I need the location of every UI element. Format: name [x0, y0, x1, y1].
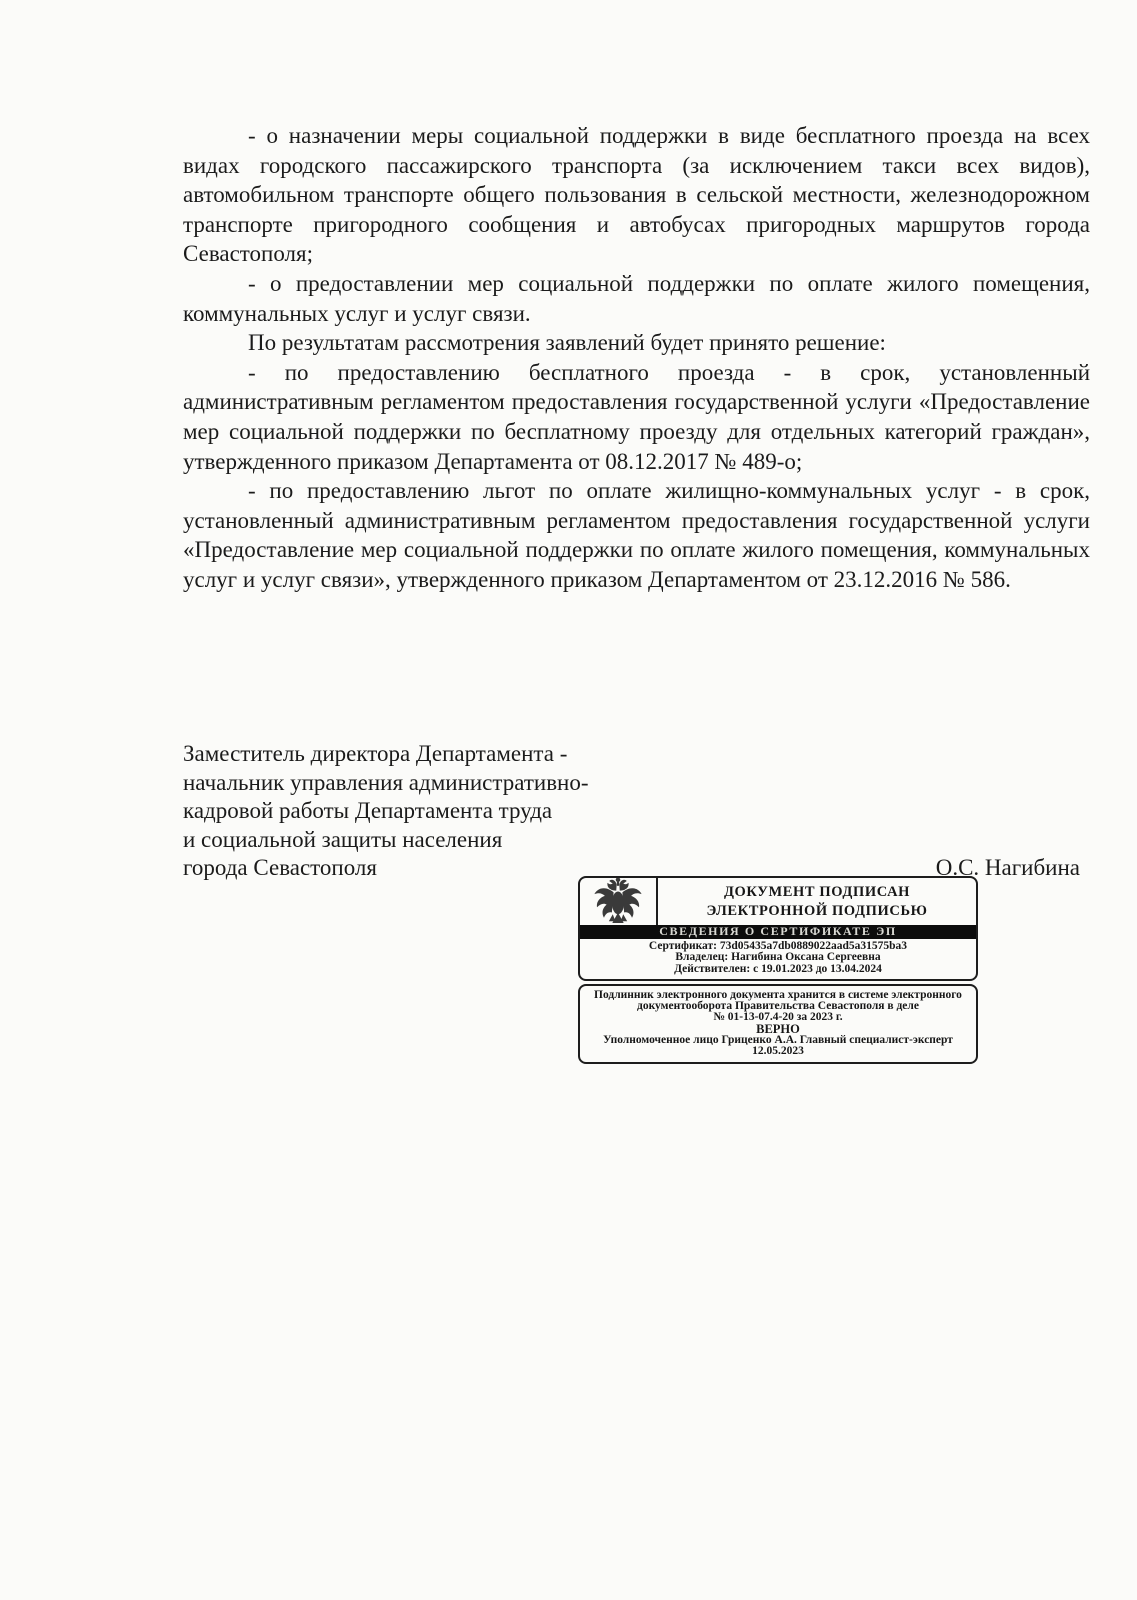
signatory-title-line: и социальной защиты населения: [183, 826, 589, 855]
stamp-title-line: ДОКУМЕНТ ПОДПИСАН: [658, 883, 976, 902]
stamp-certificate-box: ДОКУМЕНТ ПОДПИСАН ЭЛЕКТРОННОЙ ПОДПИСЬЮ С…: [578, 876, 978, 981]
electronic-signature-stamp: ДОКУМЕНТ ПОДПИСАН ЭЛЕКТРОННОЙ ПОДПИСЬЮ С…: [578, 876, 978, 1064]
body-paragraph: По результатам рассмотрения заявлений бу…: [183, 328, 1090, 358]
document-page: - о назначении меры социальной поддержки…: [0, 0, 1137, 1600]
stamp-title: ДОКУМЕНТ ПОДПИСАН ЭЛЕКТРОННОЙ ПОДПИСЬЮ: [658, 878, 976, 925]
emblem-cell: [580, 878, 658, 925]
stamp-header: ДОКУМЕНТ ПОДПИСАН ЭЛЕКТРОННОЙ ПОДПИСЬЮ: [580, 878, 976, 925]
signatory-title-line: Заместитель директора Департамента -: [183, 740, 589, 769]
letter-body: - о назначении меры социальной поддержки…: [183, 121, 1090, 595]
body-paragraph: - по предоставлению бесплатного проезда …: [183, 358, 1090, 476]
stamp-date: 12.05.2023: [582, 1046, 974, 1057]
certificate-validity: Действителен: с 19.01.2023 до 13.04.2024: [580, 964, 976, 976]
signatory-title-line: кадровой работы Департамента труда: [183, 797, 589, 826]
stamp-title-line: ЭЛЕКТРОННОЙ ПОДПИСЬЮ: [658, 902, 976, 921]
body-paragraph: - о назначении меры социальной поддержки…: [183, 121, 1090, 269]
body-paragraph: - по предоставлению льгот по оплате жили…: [183, 476, 1090, 594]
signatory-title-line: начальник управления административно-: [183, 769, 589, 798]
signatory-title-line: города Севастополя: [183, 854, 589, 883]
signature-block: Заместитель директора Департамента - нач…: [183, 740, 1090, 883]
certificate-details: Сертификат: 73d05435a7db0889022aad5a3157…: [580, 939, 976, 979]
signatory-title: Заместитель директора Департамента - нач…: [183, 740, 589, 883]
double-headed-eagle-icon: [590, 876, 646, 930]
body-paragraph: - о предоставлении мер социальной поддер…: [183, 269, 1090, 328]
stamp-verification-box: Подлинник электронного документа хранитс…: [578, 984, 978, 1064]
